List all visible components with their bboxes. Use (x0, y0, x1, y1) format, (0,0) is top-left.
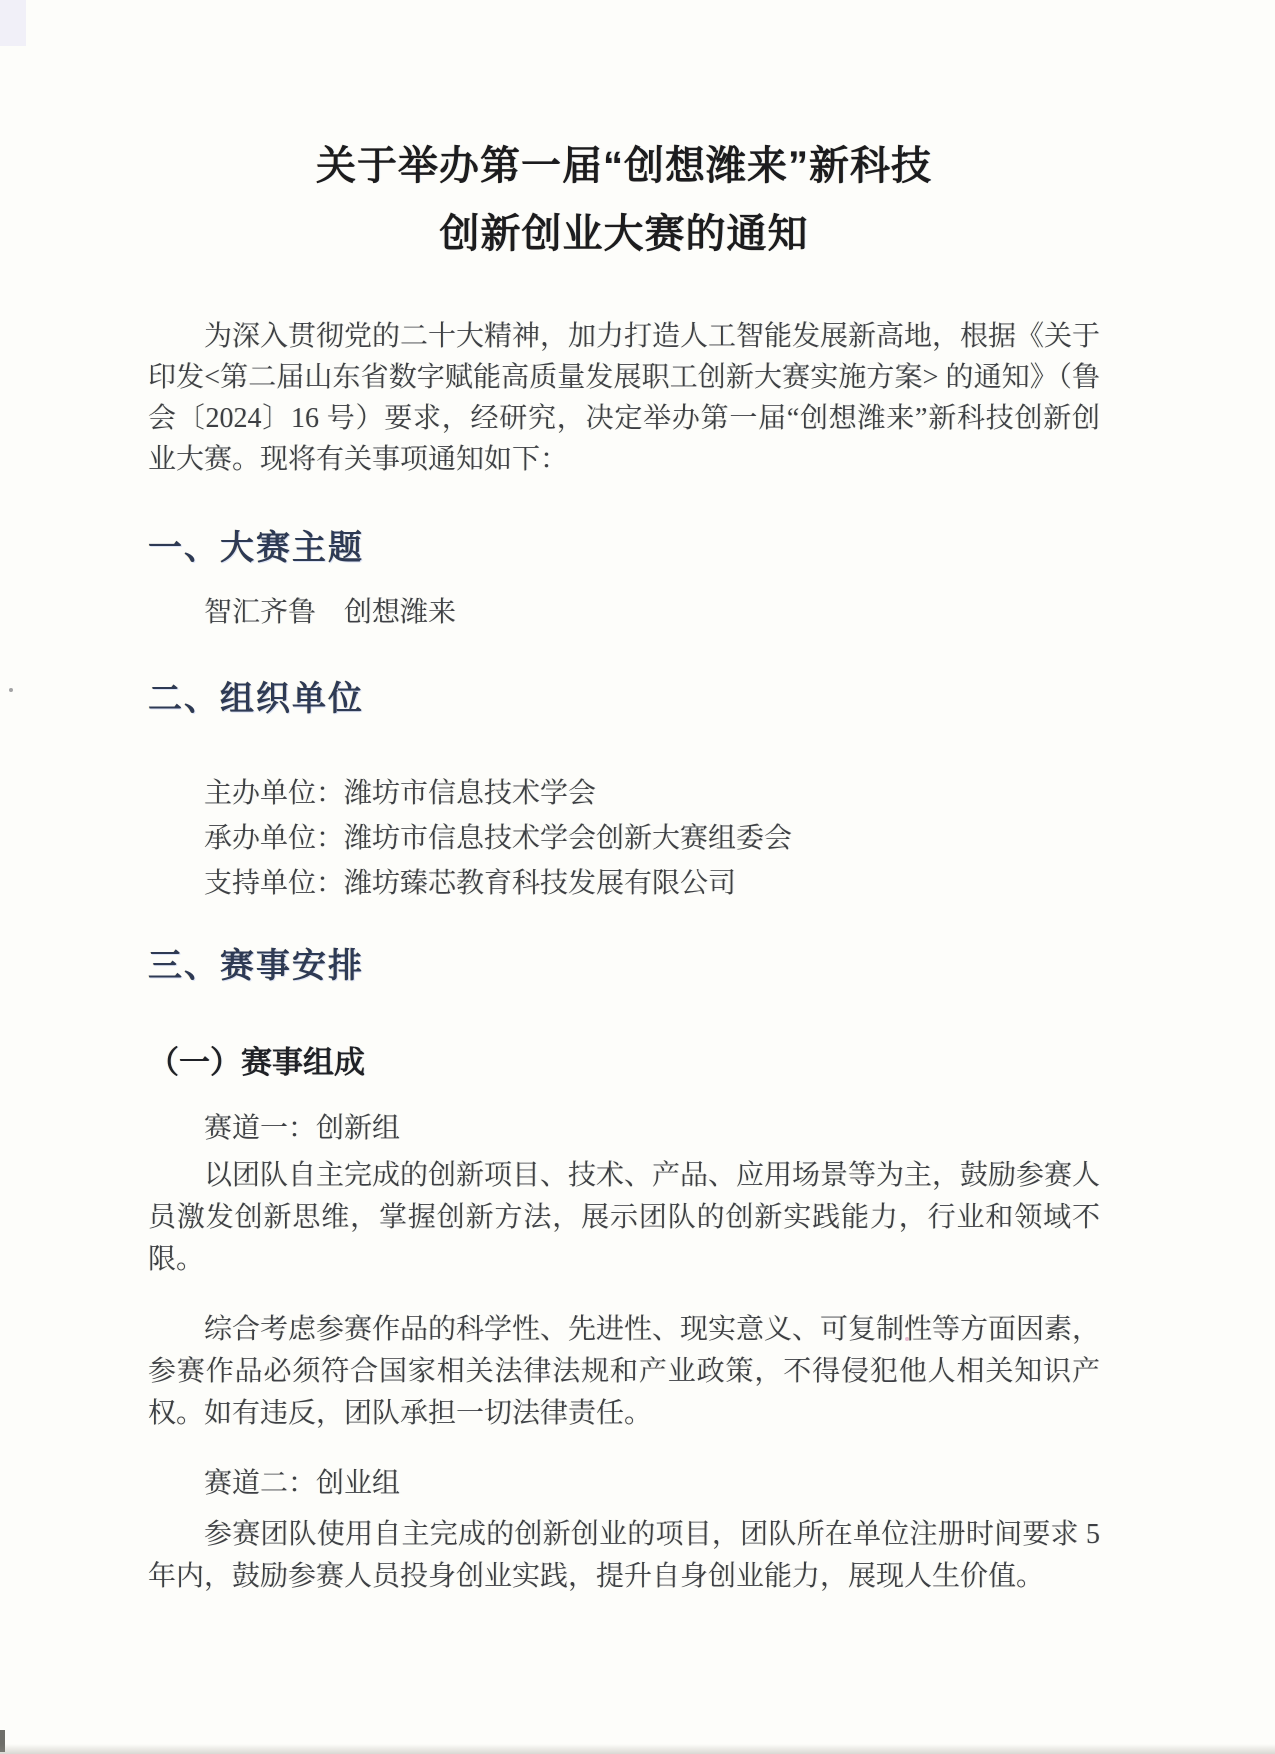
scan-smudge (0, 0, 26, 46)
subsection-heading-composition: （一）赛事组成 (148, 1042, 1100, 1084)
organizer-row-host: 主办单位：潍坊市信息技术学会 (148, 773, 1100, 814)
theme-value: 智汇齐鲁 创想潍来 (148, 592, 1100, 633)
track1-paragraph-2: 综合考虑参赛作品的科学性、先进性、现实意义、可复制性等方面因素，参赛作品必须符合… (148, 1309, 1100, 1435)
track1-title: 赛道一：创新组 (148, 1108, 1100, 1149)
organizer-row-undertaker: 承办单位：潍坊市信息技术学会创新大赛组委会 (148, 818, 1100, 859)
scanned-notice-page: 关于举办第一届“创想潍来”新科技 创新创业大赛的通知 为深入贯彻党的二十大精神，… (0, 0, 1275, 1754)
track2-paragraph-1: 参赛团队使用自主完成的创新创业的项目，团队所在单位注册时间要求 5 年内，鼓励参… (148, 1514, 1100, 1598)
intro-paragraph: 为深入贯彻党的二十大精神，加力打造人工智能发展新高地，根据《关于印发<第二届山东… (148, 316, 1100, 480)
section-heading-schedule: 三、赛事安排 (148, 944, 1100, 988)
document-title-line1: 关于举办第一届“创想潍来”新科技 (148, 0, 1100, 194)
organizer-label: 承办单位： (204, 823, 344, 854)
organizer-list: 主办单位：潍坊市信息技术学会 承办单位：潍坊市信息技术学会创新大赛组委会 支持单… (148, 773, 1100, 904)
organizer-row-supporter: 支持单位：潍坊臻芯教育科技发展有限公司 (148, 863, 1100, 904)
section-heading-organizers: 二、组织单位 (148, 677, 1100, 721)
section-heading-theme: 一、大赛主题 (148, 526, 1100, 570)
scan-speck (9, 688, 13, 692)
organizer-name: 潍坊市信息技术学会创新大赛组委会 (344, 823, 792, 854)
organizer-name: 潍坊市信息技术学会 (344, 778, 596, 809)
document-content: 关于举办第一届“创想潍来”新科技 创新创业大赛的通知 为深入贯彻党的二十大精神，… (148, 0, 1100, 1626)
track1-paragraph-1: 以团队自主完成的创新项目、技术、产品、应用场景等为主，鼓励参赛人员激发创新思维，… (148, 1155, 1100, 1281)
track2-title: 赛道二：创业组 (148, 1463, 1100, 1504)
organizer-label: 主办单位： (204, 778, 344, 809)
organizer-label: 支持单位： (204, 868, 344, 899)
document-title-line2: 创新创业大赛的通知 (148, 206, 1100, 262)
scan-edge-shadow (0, 1744, 1275, 1754)
organizer-name: 潍坊臻芯教育科技发展有限公司 (344, 868, 736, 899)
